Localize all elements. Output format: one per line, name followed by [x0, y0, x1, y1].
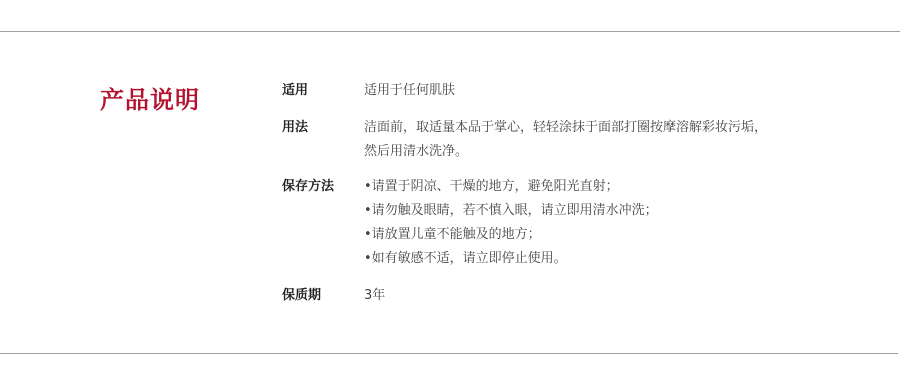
spec-row-storage: 保存方法 •请置于阴凉、干燥的地方，避免阳光直射； •请勿触及眼睛，若不慎入眼，… [282, 175, 658, 271]
spec-line: •如有敏感不适，请立即停止使用。 [364, 247, 658, 271]
spec-label: 适用 [282, 79, 364, 103]
spec-row-applicable: 适用 适用于任何肌肤 [282, 79, 455, 103]
spec-row-shelf-life: 保质期 3年 [282, 284, 385, 308]
spec-row-usage: 用法 洁面前，取适量本品于掌心，轻轻涂抹于面部打圈按摩溶解彩妆污垢， 然后用清水… [282, 116, 767, 164]
top-divider [0, 31, 900, 32]
spec-label: 保质期 [282, 284, 364, 308]
section-title: 产品说明 [100, 80, 200, 115]
spec-line: •请放置儿童不能触及的地方； [364, 223, 658, 247]
spec-line: 3年 [364, 284, 385, 308]
spec-label: 保存方法 [282, 175, 364, 271]
spec-value: 适用于任何肌肤 [364, 79, 455, 103]
spec-line: •请置于阴凉、干燥的地方，避免阳光直射； [364, 175, 658, 199]
spec-line: 然后用清水洗净。 [364, 140, 767, 164]
spec-line: •请勿触及眼睛，若不慎入眼，请立即用清水冲洗； [364, 199, 658, 223]
spec-value: 洁面前，取适量本品于掌心，轻轻涂抹于面部打圈按摩溶解彩妆污垢， 然后用清水洗净。 [364, 116, 767, 164]
spec-label: 用法 [282, 116, 364, 164]
bottom-divider [0, 353, 898, 354]
spec-value: 3年 [364, 284, 385, 308]
spec-line: 洁面前，取适量本品于掌心，轻轻涂抹于面部打圈按摩溶解彩妆污垢， [364, 116, 767, 140]
spec-line: 适用于任何肌肤 [364, 79, 455, 103]
spec-value: •请置于阴凉、干燥的地方，避免阳光直射； •请勿触及眼睛，若不慎入眼，请立即用清… [364, 175, 658, 271]
